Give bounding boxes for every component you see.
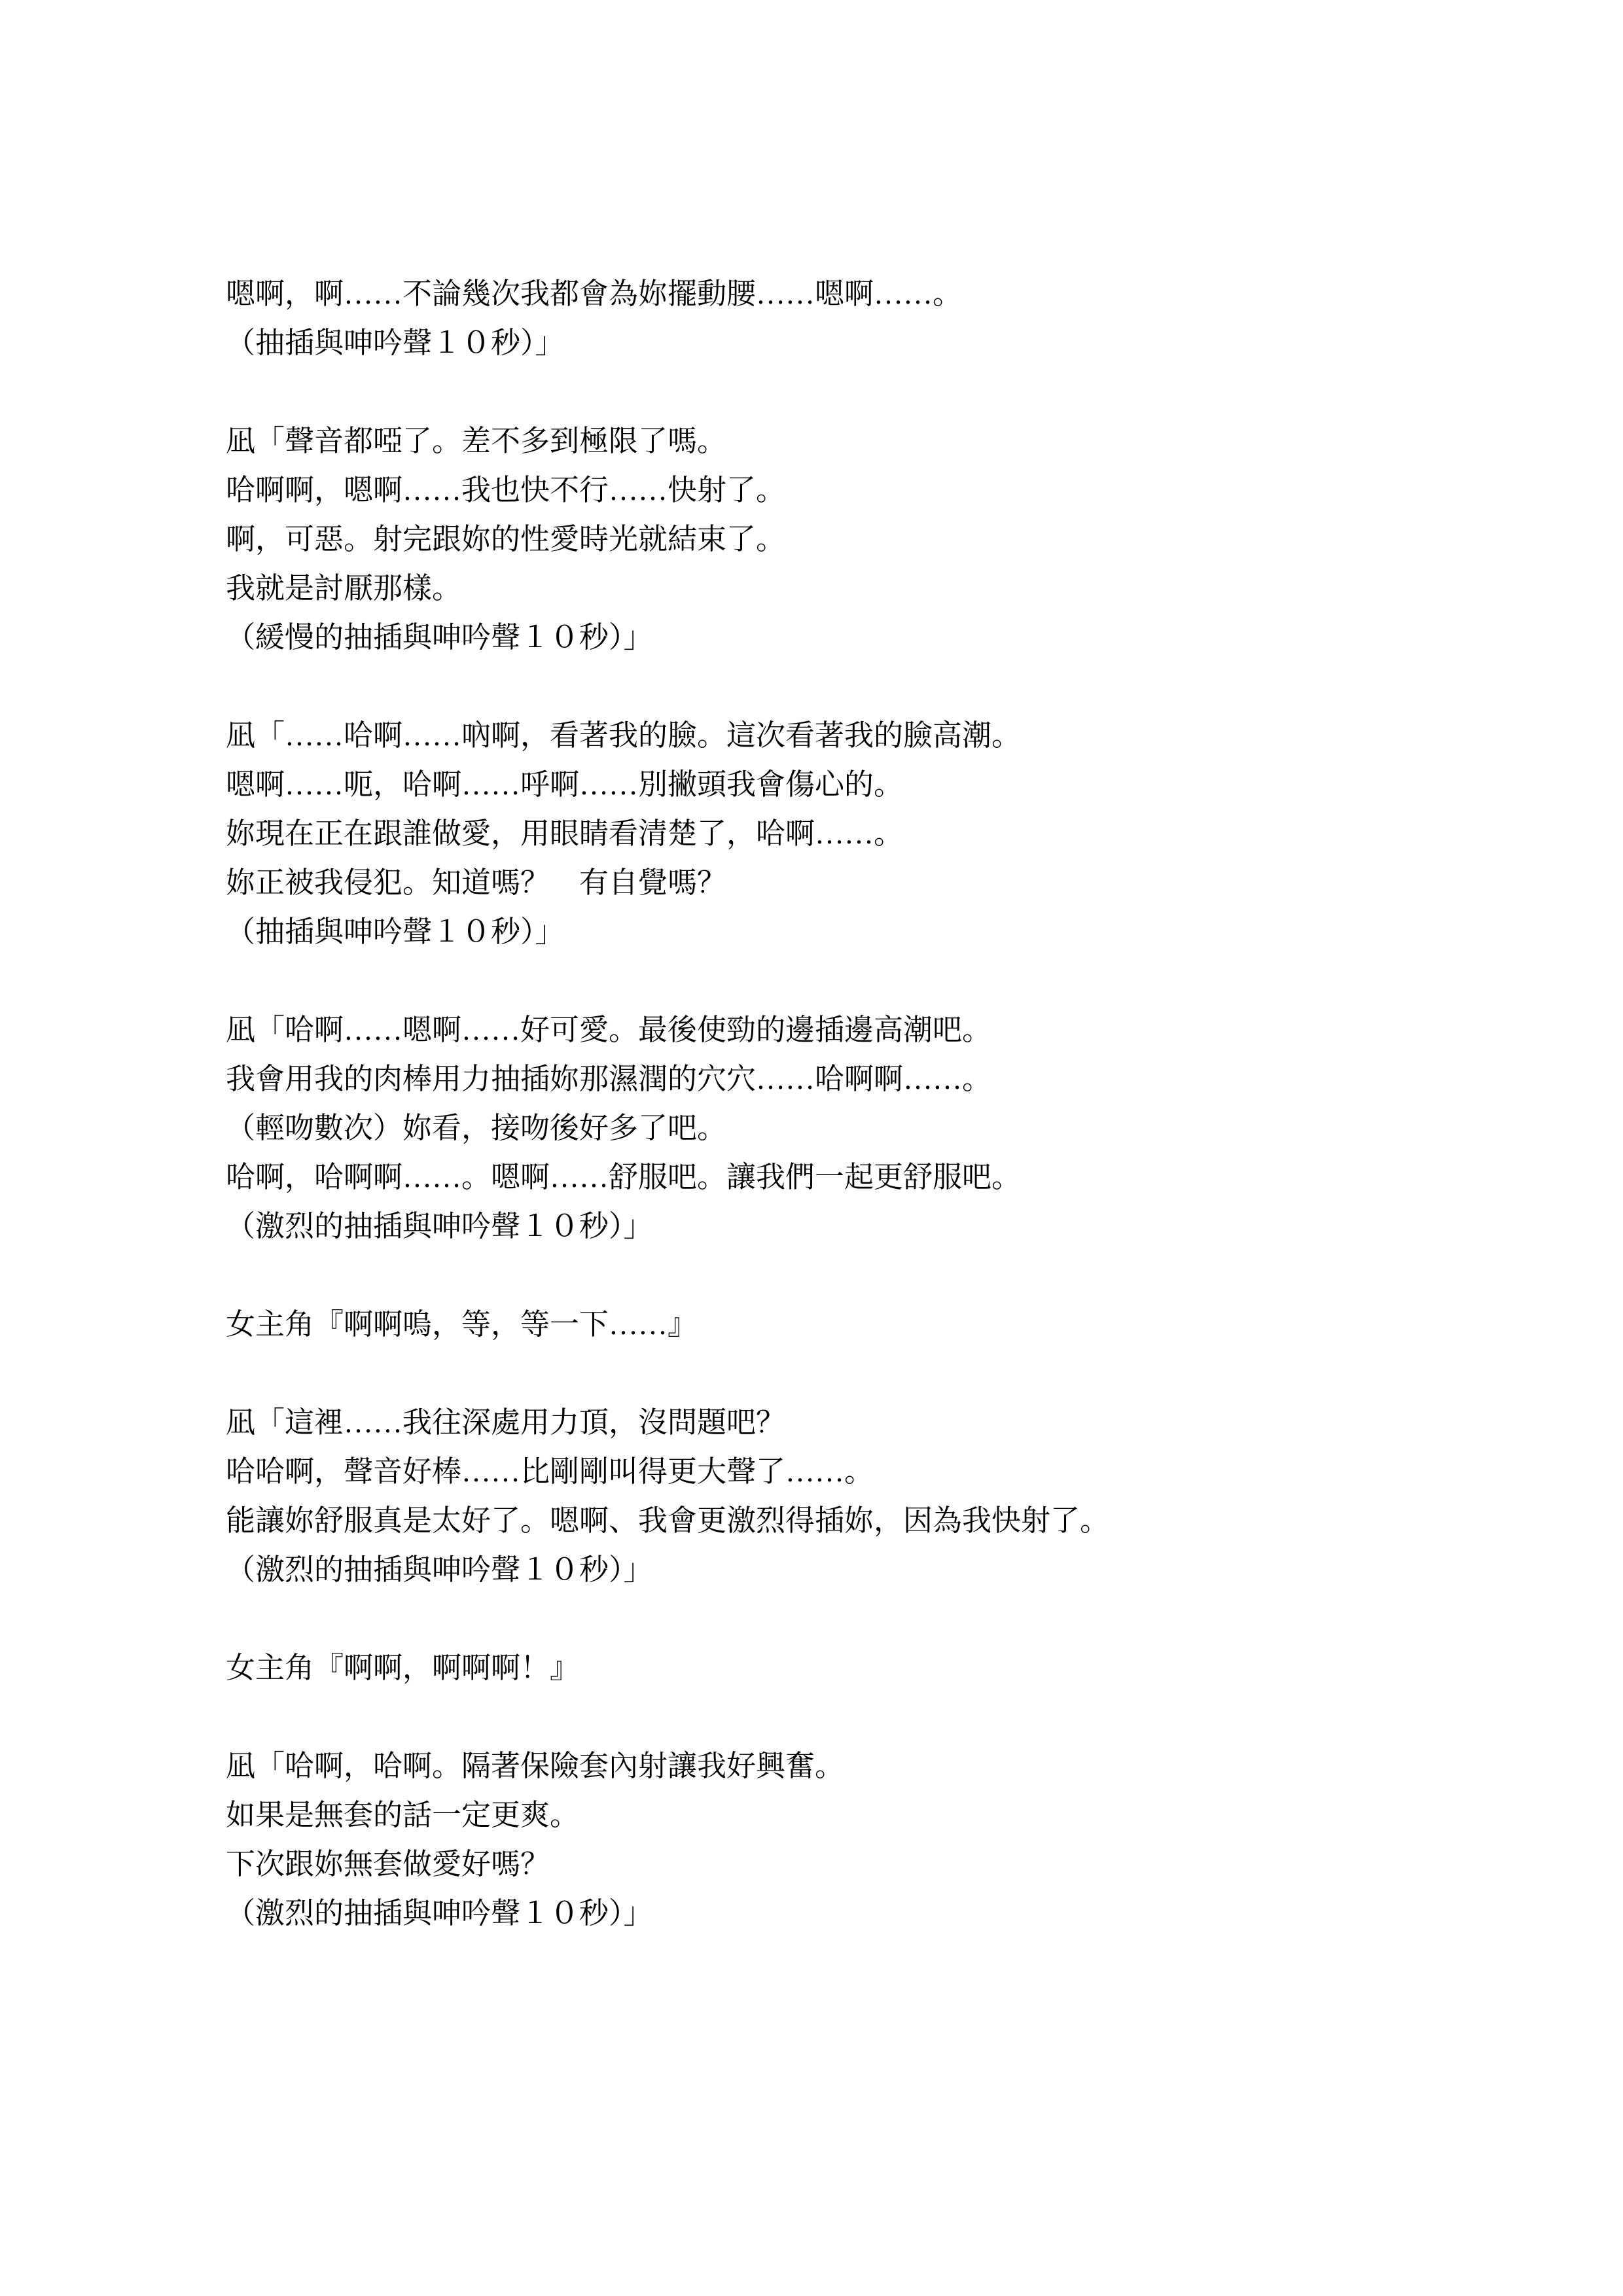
dialogue-block: 女主角『啊啊嗚，等，等一下……』 [226,1300,1469,1349]
script-line: （緩慢的抽插與呻吟聲１０秒）」 [226,613,1469,662]
script-line: 凪「……哈啊……吶啊，看著我的臉。這次看著我的臉高潮。 [226,711,1469,760]
script-line: 哈哈啊，聲音好棒……比剛剛叫得更大聲了……。 [226,1447,1469,1496]
script-line: 女主角『啊啊嗚，等，等一下……』 [226,1300,1469,1349]
script-line: 哈啊，哈啊啊……。嗯啊……舒服吧。讓我們一起更舒服吧。 [226,1153,1469,1202]
script-line: （激烈的抽插與呻吟聲１０秒）」 [226,1545,1469,1595]
script-line: 妳現在正在跟誰做愛，用眼睛看清楚了，哈啊……。 [226,809,1469,858]
script-line: 嗯啊，啊……不論幾次我都會為妳擺動腰……嗯啊……。 [226,270,1469,319]
script-line: 女主角『啊啊，啊啊啊！』 [226,1644,1469,1693]
script-line: 凪「哈啊，哈啊。隔著保險套內射讓我好興奮。 [226,1742,1469,1791]
script-line: 凪「聲音都啞了。差不多到極限了嗎。 [226,417,1469,466]
script-line: （激烈的抽插與呻吟聲１０秒）」 [226,1889,1469,1938]
document-page: { "document": { "background_color": "#ff… [0,0,1623,2296]
dialogue-block: 凪「哈啊……嗯啊……好可愛。最後使勁的邊插邊高潮吧。我會用我的肉棒用力抽插妳那濕… [226,1006,1469,1251]
dialogue-block: 凪「……哈啊……吶啊，看著我的臉。這次看著我的臉高潮。嗯啊……呃，哈啊……呼啊…… [226,711,1469,957]
page-canvas: 嗯啊，啊……不論幾次我都會為妳擺動腰……嗯啊……。（抽插與呻吟聲１０秒）」凪「聲… [0,0,1623,2296]
script-text: 嗯啊，啊……不論幾次我都會為妳擺動腰……嗯啊……。（抽插與呻吟聲１０秒）」凪「聲… [226,270,1469,1987]
script-line: 下次跟妳無套做愛好嗎？ [226,1840,1469,1889]
script-line: （激烈的抽插與呻吟聲１０秒）」 [226,1202,1469,1251]
script-line: 哈啊啊，嗯啊……我也快不行……快射了。 [226,466,1469,515]
script-line: 如果是無套的話一定更爽。 [226,1791,1469,1840]
script-line: 能讓妳舒服真是太好了。嗯啊、我會更激烈得插妳，因為我快射了。 [226,1496,1469,1545]
script-line: 凪「這裡……我往深處用力頂，沒問題吧？ [226,1398,1469,1447]
dialogue-block: 女主角『啊啊，啊啊啊！』 [226,1644,1469,1693]
dialogue-block: 嗯啊，啊……不論幾次我都會為妳擺動腰……嗯啊……。（抽插與呻吟聲１０秒）」 [226,270,1469,368]
script-line: 我就是討厭那樣。 [226,564,1469,613]
dialogue-block: 凪「聲音都啞了。差不多到極限了嗎。哈啊啊，嗯啊……我也快不行……快射了。啊，可惡… [226,417,1469,662]
script-line: （輕吻數次）妳看，接吻後好多了吧。 [226,1104,1469,1153]
dialogue-block: 凪「這裡……我往深處用力頂，沒問題吧？哈哈啊，聲音好棒……比剛剛叫得更大聲了……… [226,1398,1469,1595]
dialogue-block: 凪「哈啊，哈啊。隔著保險套內射讓我好興奮。如果是無套的話一定更爽。下次跟妳無套做… [226,1742,1469,1938]
script-line: 凪「哈啊……嗯啊……好可愛。最後使勁的邊插邊高潮吧。 [226,1006,1469,1055]
script-line: 妳正被我侵犯。知道嗎？ 有自覺嗎？ [226,858,1469,908]
script-line: （抽插與呻吟聲１０秒）」 [226,319,1469,368]
script-line: 我會用我的肉棒用力抽插妳那濕潤的穴穴……哈啊啊……。 [226,1055,1469,1104]
script-line: 啊，可惡。射完跟妳的性愛時光就結束了。 [226,515,1469,564]
script-line: 嗯啊……呃，哈啊……呼啊……別撇頭我會傷心的。 [226,760,1469,809]
script-line: （抽插與呻吟聲１０秒）」 [226,908,1469,957]
